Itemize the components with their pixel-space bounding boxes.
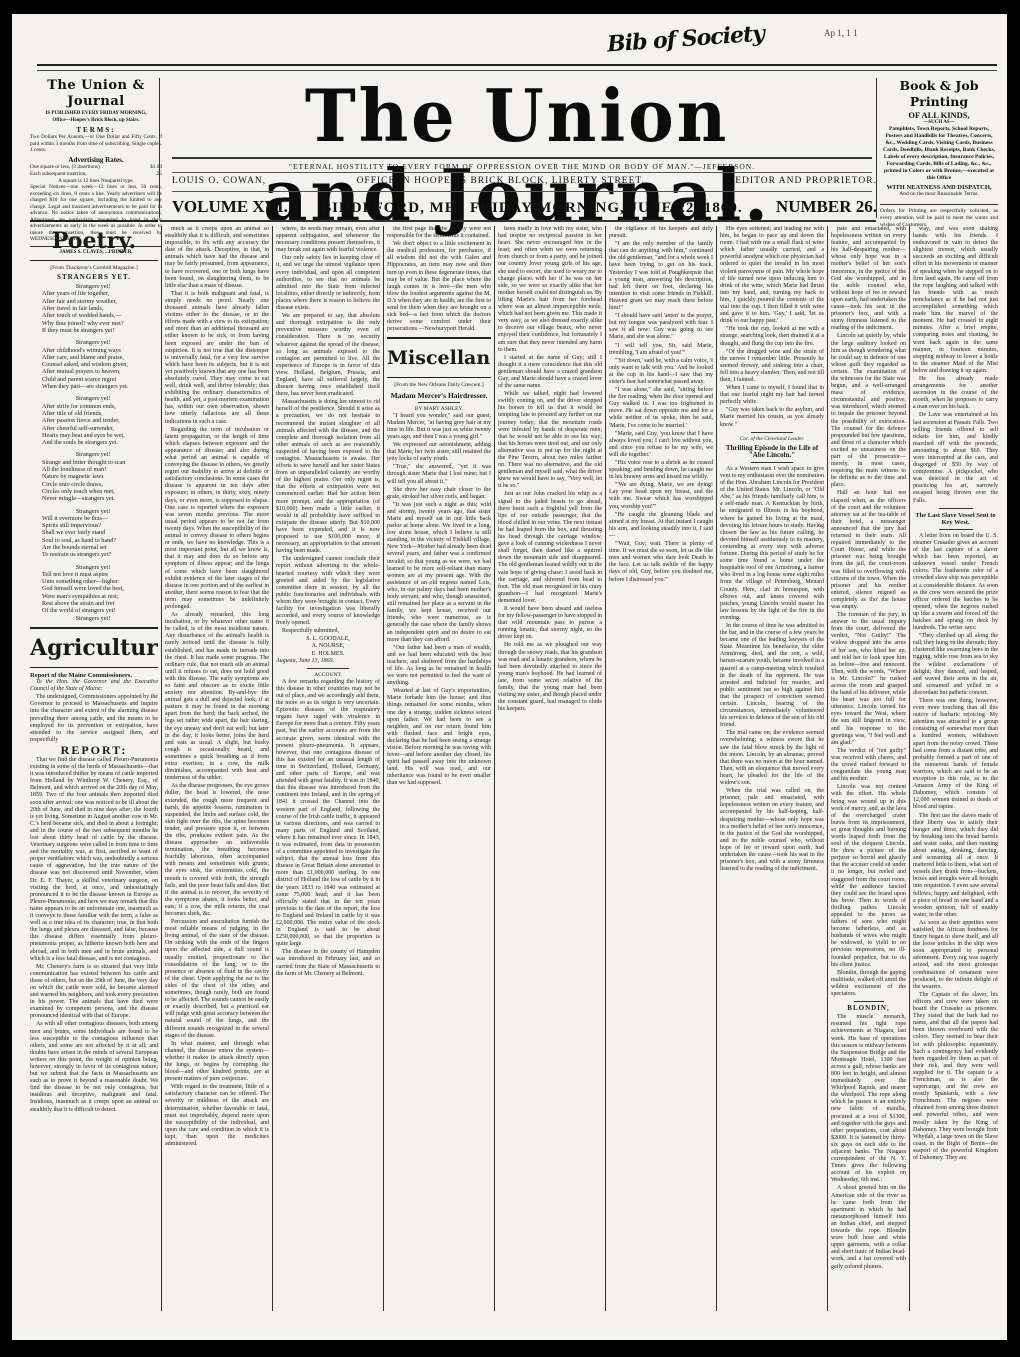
rule <box>30 260 158 261</box>
article-title-blondin: BLONDIN, <box>831 1005 906 1012</box>
editor-name: LOUIS O. COWAN, <box>172 176 266 186</box>
paragraph: Lincoln was not content with the effort.… <box>831 784 906 968</box>
paragraph: "He caught the gleaming blade and aimed … <box>609 512 713 540</box>
signatory: E. HOLMES. <box>276 651 380 658</box>
rule <box>387 337 491 339</box>
masthead-rule <box>172 172 872 173</box>
rule <box>854 1001 884 1002</box>
paragraph: He has already made arrangements for ano… <box>913 376 998 411</box>
report-heading: REPORT: <box>30 747 158 754</box>
rule <box>939 529 973 530</box>
paragraph: "'Sit down,' said he, with a calm voice,… <box>609 358 713 386</box>
paragraph: With regard to the treatment, little of … <box>165 1084 269 1148</box>
paragraph: De Lave was entertained at his last asce… <box>913 412 998 504</box>
paragraph: In the course of time he was admitted to… <box>720 623 824 729</box>
rule <box>30 627 158 629</box>
paragraph: The verdict of "not guilty" was received… <box>831 748 906 783</box>
column-divider <box>605 226 606 1311</box>
paragraph: Wearied at last of Guy's importunities, … <box>387 688 491 787</box>
terms-line: And on the most Reasonable Terms. <box>880 191 998 198</box>
issue-date: BIDDEFORD, ME., FRIDAY MORNING, JUNE 22,… <box>321 200 743 217</box>
paragraph: That we find the disease called Pleuro-P… <box>30 757 158 963</box>
section-heading-miscellaneous: Miscellaneous. <box>387 343 491 373</box>
paragraph: Massachusetts is doing her utmost to rid… <box>276 399 380 555</box>
margin-note: Ap 1, 1 1 <box>824 28 858 38</box>
paragraph: The disease in the county of Hampden was… <box>276 949 380 977</box>
paragraph: The muscle monarch, resumed his tight ro… <box>831 1014 906 1184</box>
column-5: been madly in love with my sister, who h… <box>498 226 602 1311</box>
paragraph: pale and emaciated, with hopelessness wr… <box>831 226 906 332</box>
column-8: pale and emaciated, with hopelessness wr… <box>831 226 906 1311</box>
paragraph: "Our father had been a man of wealth, an… <box>387 645 491 688</box>
rule <box>751 432 793 433</box>
volume-number: VOLUME XVI. <box>172 197 288 217</box>
paragraph: His eyes softened; and leading me with h… <box>720 226 824 325</box>
issue-number: NUMBER 26. <box>776 197 877 217</box>
story-title: Madam Mercer's Hairdresser. <box>387 392 491 399</box>
rule <box>751 462 793 463</box>
rule <box>939 508 973 509</box>
paragraph: A few remarks regarding the history of t… <box>276 679 380 949</box>
paragraph: "It was just such a night as this; wild … <box>387 502 491 644</box>
section-heading-poetry: Poetry. <box>30 226 158 256</box>
paragraph: been madly in love with my sister, who h… <box>498 226 602 354</box>
paragraph: "Marie, said Guy, 'you know that I have … <box>609 431 713 459</box>
paragraph: In what manner, and through what channel… <box>165 1041 269 1084</box>
stanza: Strangers yet! After strife for common e… <box>42 395 158 446</box>
article-title-lincoln: Thrilling Episode in the Life of "Abe Li… <box>720 445 824 459</box>
rate-row: Each subsequent insertion,.25 <box>30 171 162 178</box>
job-printing-box: Book & Job Printing OF ALL KINDS, —SUCH … <box>880 78 998 229</box>
paragraph: Percussion and auscultation furnish the … <box>165 919 269 1040</box>
stanza: Strangers yet! Tell not love it must asp… <box>42 564 158 622</box>
stanza: Strangers yet! Will it evermore be thus—… <box>42 508 158 559</box>
poem-title: STRANGERS YET. <box>30 274 158 281</box>
signatory: S. L. GOODALE, <box>276 636 380 643</box>
article-title: Report of the Maine Commissioners. <box>30 672 158 679</box>
publication-schedule: IS PUBLISHED EVERY FRIDAY MORNING, <box>30 110 162 117</box>
poem: Strangers yet! After years of life toget… <box>30 283 158 622</box>
paragraph: Mr. Chenery's farm is so situated that v… <box>30 964 158 1021</box>
paragraph: The first use the slaves made of their l… <box>913 813 998 919</box>
paragraph: We don't object to a little excitement i… <box>387 241 491 333</box>
paragraph: The undersigned, Commissioners appointed… <box>30 694 158 744</box>
paragraph: "I will tell you, Sir, said Marie, tremb… <box>609 343 713 357</box>
article-title-slave-vessel: The Last Slave Vessel Sent to Key West. <box>913 512 998 526</box>
story-author: BY MARY ASHLEY. <box>387 406 491 413</box>
paragraph: Regarding the term of incubation or late… <box>165 427 269 611</box>
paragraph: "They climbed up all along the rail; the… <box>913 633 998 697</box>
paragraph: Just as our John cracked his whip as a s… <box>498 491 602 605</box>
column-divider <box>383 226 384 1311</box>
article-source: Cor. of the Cleveland Leader. <box>720 436 824 443</box>
paragraph: "'We are dying, Marie, we are dying! Lay… <box>609 482 713 510</box>
paragraph: way, and was soon shaking hands with his… <box>913 226 998 375</box>
rule <box>30 667 158 668</box>
masthead-rule <box>172 191 872 192</box>
column-divider <box>827 226 828 1311</box>
paragraph: As with all other contagious diseases, b… <box>30 1021 158 1113</box>
paragraph: "He took the cup, looked at me with a st… <box>720 326 824 347</box>
paragraph: "Guy was taken back to the asylum, and M… <box>720 407 824 428</box>
poem-source: [From Thackeray's Cornhill Magazine.] <box>30 265 158 272</box>
column-divider <box>716 226 717 1311</box>
paragraph: He told me as we ploughed our way throug… <box>498 642 602 713</box>
editor-line: LOUIS O. COWAN, OFFICE IN HOOPER'S BRICK… <box>172 176 877 186</box>
paragraph: We are prepared to say, that absolute an… <box>276 313 380 398</box>
job-printing-subtitle: OF ALL KINDS, <box>880 112 998 119</box>
paragraph: When I came to myself, I found that in t… <box>720 385 824 406</box>
column-divider <box>909 226 910 1311</box>
stanza: Strangers yet! After years of life toget… <box>42 283 158 334</box>
dateline: VOLUME XVI. BIDDEFORD, ME., FRIDAY MORNI… <box>172 197 877 217</box>
rule <box>418 402 460 403</box>
paragraph: When the trial was called on, the prison… <box>720 788 824 873</box>
column-divider <box>494 226 495 1311</box>
paragraph: Our only safety lies in keeping clear of… <box>276 255 380 312</box>
masthead-rule <box>160 220 876 222</box>
column-2: much as it creeps upon an animal so stea… <box>165 226 269 1311</box>
paragraph: "His voice rose to a shriek as he ceased… <box>609 460 713 481</box>
body-columns: Poetry. [From Thackeray's Cornhill Magaz… <box>30 226 998 1311</box>
subheading: ACCOUNT. <box>276 672 380 679</box>
section-heading-agricultural: Agricultural. <box>30 633 158 663</box>
paragraph: It would have been absurd and useless fo… <box>498 606 602 641</box>
paragraph: Respectfully submitted, <box>276 628 380 635</box>
column-1: Poetry. [From Thackeray's Cornhill Magaz… <box>30 216 158 1301</box>
paragraph: The trial came on; the evidence seemed o… <box>720 730 824 787</box>
paragraph: "I was alone," she said, "sitting before… <box>609 387 713 430</box>
signatory: A. NOURSE, <box>276 643 380 650</box>
paragraph: the vigilance of his keepers and defy pu… <box>609 226 713 240</box>
column-7: His eyes softened; and leading me with h… <box>720 226 824 1311</box>
paragraph: As already remarked, this long incubatio… <box>165 612 269 782</box>
column-3: where, its seeds may remain, even after … <box>276 226 380 1311</box>
paragraph: "True," she answered, "yet it was throug… <box>387 464 491 485</box>
stanza: Strangers yet! After childhood's winning… <box>42 339 158 390</box>
terms-text: Two Dollars Per Annum,—or One Dollar and… <box>30 134 162 154</box>
paragraph: where, its seeds may remain, even after … <box>276 226 380 254</box>
paragraph: "Of the drugged wine and the strain of t… <box>720 349 824 384</box>
paragraph: There was one thing, however, even more … <box>913 698 998 812</box>
paragraph: A shout greeted him on the American side… <box>831 1185 906 1270</box>
column-divider <box>161 226 162 1311</box>
paragraph: As the disease progresses, the eye grows… <box>165 783 269 918</box>
paragraph: A letter from on board the U. S. steamer… <box>913 533 998 632</box>
paragraph: The undersigned cannot conclude their re… <box>276 556 380 627</box>
paragraph: As soon as their appetites were satisfie… <box>913 920 998 991</box>
paragraph: "I heard you wonder," said our guest, Ma… <box>387 413 491 441</box>
paragraph: much as it creeps upon an animal so stea… <box>165 226 269 290</box>
paragraph: We expressed our astonishment, adding th… <box>387 442 491 463</box>
editor-title: EDITOR AND PROPRIETOR. <box>735 176 877 186</box>
paragraph: While we talked, night had lowered swift… <box>498 391 602 490</box>
paragraph: As a Western man I wish space to give ve… <box>720 466 824 622</box>
terms-heading: TERMS: <box>30 127 162 134</box>
newspaper-page: Bib of Society Ap 1, 1 1 The Union & Jou… <box>12 14 1007 1340</box>
paragraph: "I should have said 'amen' to the prayer… <box>609 313 713 341</box>
handwritten-annotation: Bib of Society <box>606 21 764 58</box>
office-address: OFFICE IN HOOPER'S BRICK BLOCK, LIBERTY … <box>357 176 645 186</box>
paragraph: Blondin, through the gaping multitude, w… <box>831 970 906 998</box>
neatness-line: WITH NEATNESS AND DISPATCH, <box>880 184 998 191</box>
paragraph: the first page that the society were not… <box>387 226 491 240</box>
rate-row: One square or less, (3 insertions)$1.00 <box>30 164 162 171</box>
masthead-motto: "ETERNAL HOSTILITY TO EVERY FORM OF OPPR… <box>242 162 802 171</box>
paragraph: I started at the name of Guy; still I th… <box>498 355 602 390</box>
column-divider <box>272 226 273 1311</box>
stanza: Strangers yet! Strange and bitter though… <box>42 451 158 502</box>
paragraph: Lincoln sat quietly by, while the large … <box>831 333 906 489</box>
story-source: [From the New Orleans Daily Crescent.] <box>387 382 491 389</box>
advertising-heading: Advertising Rates. <box>30 157 162 164</box>
masthead-rule <box>172 157 872 159</box>
paragraph: The Captain of the slaver, his officers … <box>913 992 998 1162</box>
signature-date: Augusta, June 13, 1860. <box>276 658 380 665</box>
address-line: To the Hon. the Governor and the Executi… <box>30 679 158 693</box>
column-4: the first page that the society were not… <box>387 226 491 1311</box>
paragraph: "I am the only member of the family that… <box>609 241 713 312</box>
column-6: the vigilance of his keepers and defy pu… <box>609 226 713 1311</box>
paragraph: That it is both malignant and fatal, is … <box>165 291 269 426</box>
rule <box>307 668 349 669</box>
column-9: way, and was soon shaking hands with his… <box>913 226 998 1311</box>
paragraph: The foreman of the jury, in answer to th… <box>831 612 906 747</box>
job-printing-title: Book & Job Printing <box>880 78 998 110</box>
paragraph: She drew her easy chair closer to the gr… <box>387 487 491 501</box>
job-printing-items: Pamphlets, Town Reports, School Reports,… <box>880 126 998 182</box>
paragraph: Half an hour had not elapsed when, as th… <box>831 490 906 611</box>
office-location: Office—Hooper's Brick Block, up Stairs. <box>30 117 162 124</box>
rule <box>387 377 491 378</box>
rule <box>30 220 158 222</box>
column-divider <box>159 78 160 218</box>
publication-title: The Union & Journal <box>30 78 162 110</box>
paragraph: "'Wait, Guy; wait. There is plenty of ti… <box>609 541 713 584</box>
top-rule <box>37 64 997 71</box>
